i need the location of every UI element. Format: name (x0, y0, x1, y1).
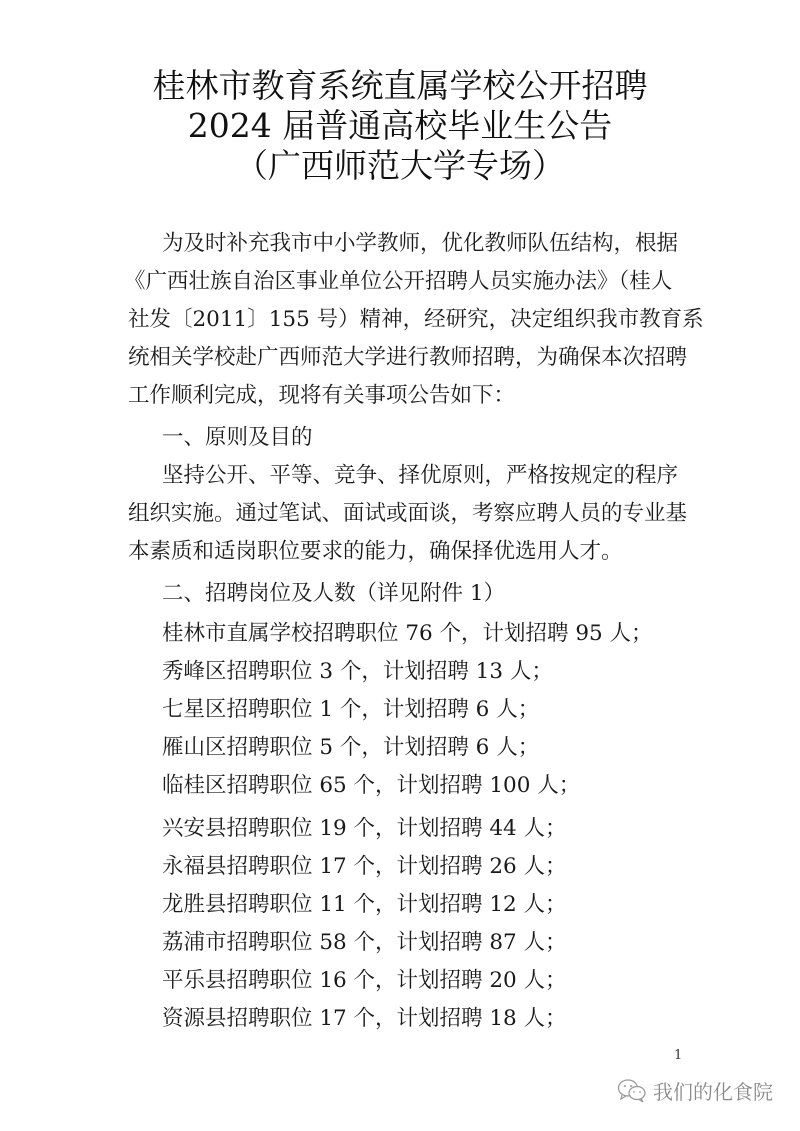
section-2-heading: 二、招聘岗位及人数（详见附件 1） (162, 579, 505, 609)
quota-item: 荔浦市招聘职位 58 个，计划招聘 87 人； (162, 928, 567, 958)
section-1-line-2: 组织实施。通过笔试、面试或面谈，考察应聘人员的专业基 (128, 499, 687, 529)
watermark-label: 我们的化食院 (653, 1076, 773, 1105)
section-1-line-3: 本素质和适岗职位要求的能力，确保择优选用人才。 (128, 537, 623, 567)
wechat-icon (617, 1078, 647, 1104)
quota-item: 资源县招聘职位 17 个，计划招聘 18 人； (162, 1004, 567, 1034)
intro-line-2: 《广西壮族自治区事业单位公开招聘人员实施办法》（桂人 (124, 267, 672, 297)
intro-line-5: 工作顺利完成，现将有关事项公告如下： (128, 381, 515, 411)
quota-item: 桂林市直属学校招聘职位 76 个，计划招聘 95 人； (162, 619, 653, 649)
quota-item: 七星区招聘职位 1 个，计划招聘 6 人； (162, 695, 539, 725)
document-title: 桂林市教育系统直属学校公开招聘 2024 届普通高校毕业生公告 （广西师范大学专… (0, 66, 800, 186)
quota-item: 秀峰区招聘职位 3 个，计划招聘 13 人； (162, 657, 553, 687)
intro-line-3: 社发〔2011〕155 号）精神，经研究，决定组织我市教育系 (128, 305, 704, 335)
quota-item: 平乐县招聘职位 16 个，计划招聘 20 人； (162, 966, 567, 996)
quota-item: 兴安县招聘职位 19 个，计划招聘 44 人； (162, 814, 567, 844)
title-line-2: 2024 届普通高校毕业生公告 (0, 106, 800, 146)
title-line-3: （广西师范大学专场） (0, 146, 800, 186)
section-1-line-1: 坚持公开、平等、竞争、择优原则，严格按规定的程序 (162, 461, 678, 491)
watermark: 我们的化食院 (617, 1076, 773, 1105)
quota-item: 临桂区招聘职位 65 个，计划招聘 100 人； (162, 771, 580, 801)
page-number: 1 (674, 1048, 682, 1063)
intro-line-4: 统相关学校赴广西师范大学进行教师招聘，为确保本次招聘 (128, 343, 687, 373)
intro-line-1: 为及时补充我市中小学教师，优化教师队伍结构，根据 (162, 229, 678, 259)
quota-item: 雁山区招聘职位 5 个，计划招聘 6 人； (162, 733, 539, 763)
quota-item: 龙胜县招聘职位 11 个，计划招聘 12 人； (162, 890, 567, 920)
quota-item: 永福县招聘职位 17 个，计划招聘 26 人； (162, 852, 567, 882)
section-1-heading: 一、原则及目的 (162, 423, 313, 453)
title-line-1: 桂林市教育系统直属学校公开招聘 (0, 66, 800, 106)
